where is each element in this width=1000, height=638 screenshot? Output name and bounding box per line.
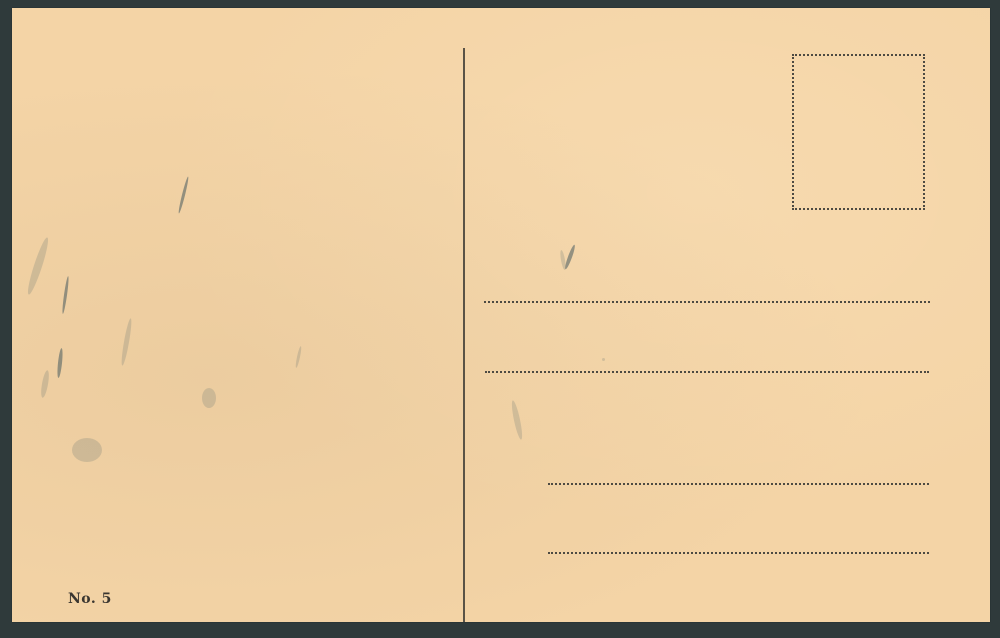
message-area: No. 5 [12,8,463,622]
ink-smudge [56,348,63,378]
ink-smudge [202,388,216,408]
address-line-4 [548,552,929,554]
ink-smudge [61,276,69,314]
ink-smudge [602,358,605,361]
ink-smudge [40,370,51,399]
postcard-back: No. 5 [12,8,990,622]
address-line-3 [548,483,929,485]
address-line-2 [485,371,929,373]
ink-smudge [177,176,189,214]
center-divider [463,48,465,622]
stamp-box [792,54,925,210]
ink-smudge [295,346,303,368]
ink-smudge [72,438,102,462]
card-number: No. 5 [68,591,112,607]
ink-smudge [120,318,133,366]
ink-smudge [510,400,524,440]
address-line-1 [484,301,930,303]
ink-smudge [25,236,51,296]
